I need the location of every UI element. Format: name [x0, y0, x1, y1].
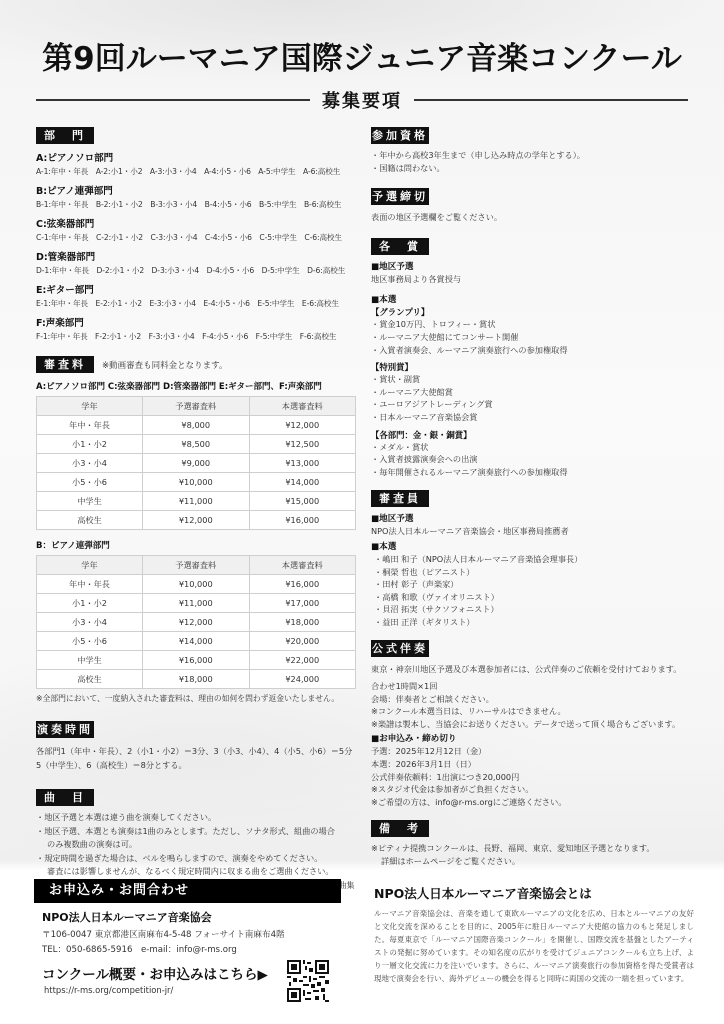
section-tag-performance-time: 演奏時間 — [36, 721, 94, 738]
table-cell: 年中・年長 — [37, 416, 143, 435]
section-tag-repertoire: 曲 目 — [36, 789, 94, 806]
judges-regional-heading: ■地区予選 — [371, 513, 701, 525]
table-cell: ¥12,500 — [249, 435, 356, 454]
section-tag-remarks: 備 考 — [371, 820, 429, 837]
table-cell: 小3・小4 — [37, 454, 143, 473]
column-header: 予選審査料 — [143, 556, 250, 575]
division-name: D:管楽器部門 — [36, 249, 356, 263]
org-name: NPO法人日本ルーマニア音楽協会 — [42, 909, 341, 925]
accompaniment-section: 公式伴奏 東京・神奈川地区予選及び本選参加者には、公式伴奏のご依頼を受付けており… — [371, 637, 701, 808]
awards-regional-heading: ■地区予選 — [371, 261, 701, 273]
table-cell: ¥10,000 — [143, 473, 250, 492]
qr-code-icon[interactable] — [286, 960, 330, 1002]
table-cell: ¥8,000 — [143, 416, 250, 435]
about-block: NPO法人日本ルーマニア音楽協会とは ルーマニア音楽協会は、音楽を通して東欧ルー… — [374, 884, 694, 985]
divisions-section: 部 門 A:ピアノソロ部門 A-1:年中・年長 A-2:小1・小2 A-3:小3… — [36, 124, 356, 342]
table-header-row: 学年 予選審査料 本選審査料 — [37, 556, 356, 575]
divider-left — [36, 99, 310, 101]
award-item: ・ルーマニア大使館賞 — [371, 386, 701, 399]
about-title: NPO法人日本ルーマニア音楽協会とは — [374, 884, 694, 902]
table-row: 小5・小6¥10,000¥14,000 — [37, 473, 356, 492]
table-cell: ¥16,000 — [249, 511, 356, 530]
eligibility-section: 参加資格 ・年中から高校3年生まで（申し込み時点の学年とする）。 ・国籍は問わな… — [371, 124, 701, 174]
judge-item: ・田村 彰子（声楽家） — [371, 578, 701, 591]
table-row: 高校生¥18,000¥24,000 — [37, 670, 356, 689]
division-name: F:声楽部門 — [36, 315, 356, 329]
column-header: 学年 — [37, 556, 143, 575]
awards-final-heading: ■本選 — [371, 294, 701, 306]
list-item: ・規定時間を過ぎた場合は、ベルを鳴らしますので、演奏をやめてください。 — [36, 852, 356, 866]
apply-line: 公式伴奏依頼料：1出演につき20,000円 — [371, 771, 701, 784]
division-grades: E-1:年中・年長 E-2:小1・小2 E-3:小3・小4 E-4:小5・小6 … — [36, 298, 356, 309]
address: 〒106-0047 東京都港区南麻布4-5-48 フォーサイト南麻布4階 — [42, 928, 341, 940]
page-subtitle: 募集要項 — [322, 87, 402, 113]
table-cell: ¥10,000 — [143, 575, 250, 594]
about-text: ルーマニア音楽協会は、音楽を通して東欧ルーマニアの文化を広め、日本とルーマニアの… — [374, 907, 694, 985]
table-header-row: 学年 予選審査料 本選審査料 — [37, 397, 356, 416]
table-cell: ¥11,000 — [143, 492, 250, 511]
table-cell: ¥15,000 — [249, 492, 356, 511]
column-header: 本選審査料 — [249, 397, 356, 416]
judge-item: ・嶋田 和子（NPO法人日本ルーマニア音楽協会理事長） — [371, 553, 701, 566]
table-cell: ¥18,000 — [249, 613, 356, 632]
table-cell: ¥18,000 — [143, 670, 250, 689]
deadline-text: 表面の地区予選欄をご覧ください。 — [371, 211, 701, 224]
division-grades: D-1:年中・年長 D-2:小1・小2 D-3:小3・小4 D-4:小5・小6 … — [36, 265, 356, 276]
table-cell: 小3・小4 — [37, 613, 143, 632]
table-cell: 小1・小2 — [37, 594, 143, 613]
award-item: ・毎年開催されるルーマニア演奏旅行への参加権取得 — [371, 466, 701, 479]
list-item: ・地区予選、本選とも演奏は1曲のみとします。ただし、ソナタ形式、組曲の場合 — [36, 825, 356, 839]
awards-section: 各 賞 ■地区予選 地区事務局より各賞授与 ■本選 【グランプリ】 ・賞金10万… — [371, 235, 701, 479]
section-tag-deadline: 予選締切 — [371, 188, 429, 205]
column-header: 学年 — [37, 397, 143, 416]
table-cell: ¥12,000 — [249, 416, 356, 435]
fee-table-2-title: B：ピアノ連弾部門 — [36, 539, 356, 551]
judge-item: ・高橋 和歌（ヴァイオリニスト） — [371, 591, 701, 604]
fees-note: ※動画審査も同料金となります。 — [102, 359, 227, 371]
accompaniment-line: ※楽譜は製本し、当協会にお送りください。データで送って頂く場合もございます。 — [371, 718, 701, 731]
division-name: B:ピアノ連弾部門 — [36, 183, 356, 197]
remarks-line: 詳細はホームページをご覧ください。 — [371, 855, 701, 868]
table-row: 中学生¥11,000¥15,000 — [37, 492, 356, 511]
special-heading: 【特別賞】 — [371, 361, 701, 373]
section-tag-accompaniment: 公式伴奏 — [371, 640, 429, 657]
table-cell: ¥13,000 — [249, 454, 356, 473]
performance-time-line: 各部門1（年中・年長）、2（小1・小2）＝3分、3（小3、小4）、4（小5、小6… — [36, 744, 356, 758]
list-item: のみ複数曲の演奏は可。 — [36, 838, 356, 852]
section-tag-judges: 審査員 — [371, 490, 429, 507]
table-cell: ¥12,000 — [143, 511, 250, 530]
table-cell: ¥17,000 — [249, 594, 356, 613]
division-award-heading: 【各部門：金・銀・銅賞】 — [371, 429, 701, 441]
contact-block: お申込み・お問合わせ NPO法人日本ルーマニア音楽協会 〒106-0047 東京… — [34, 879, 341, 995]
list-item: 審査には影響しませんが、なるべく規定時間内に収まる曲をご選曲ください。 — [36, 865, 356, 879]
table-cell: ¥16,000 — [143, 651, 250, 670]
accompaniment-line: 会場：伴奏者とご相談ください。 — [371, 693, 701, 706]
table-row: 年中・年長¥10,000¥16,000 — [37, 575, 356, 594]
division-name: E:ギター部門 — [36, 282, 356, 296]
right-column: 参加資格 ・年中から高校3年生まで（申し込み時点の学年とする）。 ・国籍は問わな… — [371, 124, 701, 868]
table-cell: ¥20,000 — [249, 632, 356, 651]
judges-final-heading: ■本選 — [371, 541, 701, 553]
accompaniment-intro: 東京・神奈川地区予選及び本選参加者には、公式伴奏のご依頼を受付けております。 — [371, 663, 701, 676]
table-row: 中学生¥16,000¥22,000 — [37, 651, 356, 670]
remarks-line: ※ピティナ提携コンクールは、長野、福岡、東京、愛知地区予選となります。 — [371, 842, 701, 855]
table-cell: ¥14,000 — [143, 632, 250, 651]
section-tag-awards: 各 賞 — [371, 238, 429, 255]
accompaniment-line: ※コンクール本選当日は、リハーサルはできません。 — [371, 705, 701, 718]
column-header: 予選審査料 — [143, 397, 250, 416]
table-cell: 中学生 — [37, 651, 143, 670]
apply-line: ※ご希望の方は、info@r-ms.orgにご連絡ください。 — [371, 796, 701, 809]
division-name: C:弦楽器部門 — [36, 216, 356, 230]
table-cell: 小5・小6 — [37, 473, 143, 492]
division-name: A:ピアノソロ部門 — [36, 150, 356, 164]
table-cell: ¥16,000 — [249, 575, 356, 594]
section-tag-fees: 審査料 — [36, 356, 94, 373]
table-cell: ¥12,000 — [143, 613, 250, 632]
fees-section: 審査料 ※動画審査も同料金となります。 A:ピアノソロ部門 C:弦楽器部門 D:… — [36, 356, 356, 704]
table-row: 小5・小6¥14,000¥20,000 — [37, 632, 356, 651]
left-column: 部 門 A:ピアノソロ部門 A-1:年中・年長 A-2:小1・小2 A-3:小3… — [36, 124, 356, 906]
table-cell: ¥22,000 — [249, 651, 356, 670]
award-item: ・ユーロアジアトレーディング賞 — [371, 398, 701, 411]
table-row: 年中・年長¥8,000¥12,000 — [37, 416, 356, 435]
eligibility-line: ・年中から高校3年生まで（申し込み時点の学年とする）。 — [371, 149, 701, 162]
division-grades: F-1:年中・年長 F-2:小1・小2 F-3:小3・小4 F-4:小5・小6 … — [36, 331, 356, 342]
award-item: ・ルーマニア大使館にてコンサート開催 — [371, 331, 701, 344]
award-item: ・入賞者演奏会、ルーマニア演奏旅行への参加権取得 — [371, 344, 701, 357]
table-cell: ¥14,000 — [249, 473, 356, 492]
apply-line: 本選：2026年3月1日（日） — [371, 758, 701, 771]
table-cell: ¥9,000 — [143, 454, 250, 473]
table-cell: 高校生 — [37, 511, 143, 530]
awards-regional-text: 地区事務局より各賞授与 — [371, 273, 701, 286]
apply-line: ※スタジオ代金は参加者がご負担ください。 — [371, 783, 701, 796]
column-header: 本選審査料 — [249, 556, 356, 575]
table-row: 小1・小2¥11,000¥17,000 — [37, 594, 356, 613]
eligibility-line: ・国籍は問わない。 — [371, 162, 701, 175]
flyer-page: 第9回ルーマニア国際ジュニア音楽コンクール 募集要項 部 門 A:ピアノソロ部門… — [0, 0, 724, 1024]
table-row: 小1・小2¥8,500¥12,500 — [37, 435, 356, 454]
table-cell: 小1・小2 — [37, 435, 143, 454]
table-cell: 高校生 — [37, 670, 143, 689]
table-cell: ¥24,000 — [249, 670, 356, 689]
table-row: 高校生¥12,000¥16,000 — [37, 511, 356, 530]
accompaniment-line: 合わせ1時間×1回 — [371, 680, 701, 693]
table-row: 小3・小4¥12,000¥18,000 — [37, 613, 356, 632]
judge-item: ・桐榮 哲也（ピアニスト） — [371, 566, 701, 579]
division-grades: B-1:年中・年長 B-2:小1・小2 B-3:小3・小4 B-4:小5・小6 … — [36, 199, 356, 210]
subtitle-row: 募集要項 — [36, 88, 688, 112]
division-grades: C-1:年中・年長 C-2:小1・小2 C-3:小3・小4 C-4:小5・小6 … — [36, 232, 356, 243]
performance-time-text: 各部門1（年中・年長）、2（小1・小2）＝3分、3（小3、小4）、4（小5、小6… — [36, 744, 356, 772]
judge-item: ・益田 正洋（ギタリスト） — [371, 616, 701, 629]
award-item: ・賞金10万円、トロフィー・賞状 — [371, 318, 701, 331]
section-tag-eligibility: 参加資格 — [371, 127, 429, 144]
divider-right — [414, 99, 688, 101]
section-tag-divisions: 部 門 — [36, 127, 94, 144]
apply-line: 予選：2025年12月12日（金） — [371, 745, 701, 758]
judge-item: ・貝沼 拓実（サクソフォニスト） — [371, 603, 701, 616]
apply-heading: ■お申込み・締め切り — [371, 733, 701, 745]
deadline-section: 予選締切 表面の地区予選欄をご覧ください。 — [371, 185, 701, 224]
award-item: ・入賞者披露演奏会への出演 — [371, 453, 701, 466]
table-cell: ¥11,000 — [143, 594, 250, 613]
tel-email: TEL：050-6865-5916 e-mail：info@r-ms.org — [42, 943, 341, 955]
fees-footnote: ※全部門において、一度納入された審査料は、理由の如何を問わず返金いたしません。 — [36, 693, 356, 704]
performance-time-section: 演奏時間 各部門1（年中・年長）、2（小1・小2）＝3分、3（小3、小4）、4（… — [36, 718, 356, 772]
division-grades: A-1:年中・年長 A-2:小1・小2 A-3:小3・小4 A-4:小5・小6 … — [36, 166, 356, 177]
judges-section: 審査員 ■地区予選 NPO法人日本ルーマニア音楽協会・地区事務局推薦者 ■本選 … — [371, 487, 701, 628]
page-title: 第9回ルーマニア国際ジュニア音楽コンクール — [0, 33, 724, 78]
fee-table-2: 学年 予選審査料 本選審査料 年中・年長¥10,000¥16,000 小1・小2… — [36, 555, 356, 689]
fee-table-1: 学年 予選審査料 本選審査料 年中・年長¥8,000¥12,000 小1・小2¥… — [36, 396, 356, 530]
table-row: 小3・小4¥9,000¥13,000 — [37, 454, 356, 473]
list-item: ・地区予選と本選は違う曲を演奏してください。 — [36, 811, 356, 825]
table-cell: 中学生 — [37, 492, 143, 511]
performance-time-line: 5（中学生）、6（高校生）＝8分とする。 — [36, 758, 356, 772]
award-item: ・賞状・副賞 — [371, 373, 701, 386]
remarks-section: 備 考 ※ピティナ提携コンクールは、長野、福岡、東京、愛知地区予選となります。 … — [371, 817, 701, 867]
fee-table-1-title: A:ピアノソロ部門 C:弦楽器部門 D:管楽器部門 E:ギター部門、F:声楽部門 — [36, 380, 356, 392]
award-item: ・日本ルーマニア音楽協会賞 — [371, 411, 701, 424]
judges-regional-text: NPO法人日本ルーマニア音楽協会・地区事務局推薦者 — [371, 525, 701, 538]
award-item: ・メダル・賞状 — [371, 441, 701, 454]
table-cell: ¥8,500 — [143, 435, 250, 454]
table-cell: 小5・小6 — [37, 632, 143, 651]
table-cell: 年中・年長 — [37, 575, 143, 594]
grandprix-heading: 【グランプリ】 — [371, 306, 701, 318]
contact-header: お申込み・お問合わせ — [34, 879, 341, 903]
